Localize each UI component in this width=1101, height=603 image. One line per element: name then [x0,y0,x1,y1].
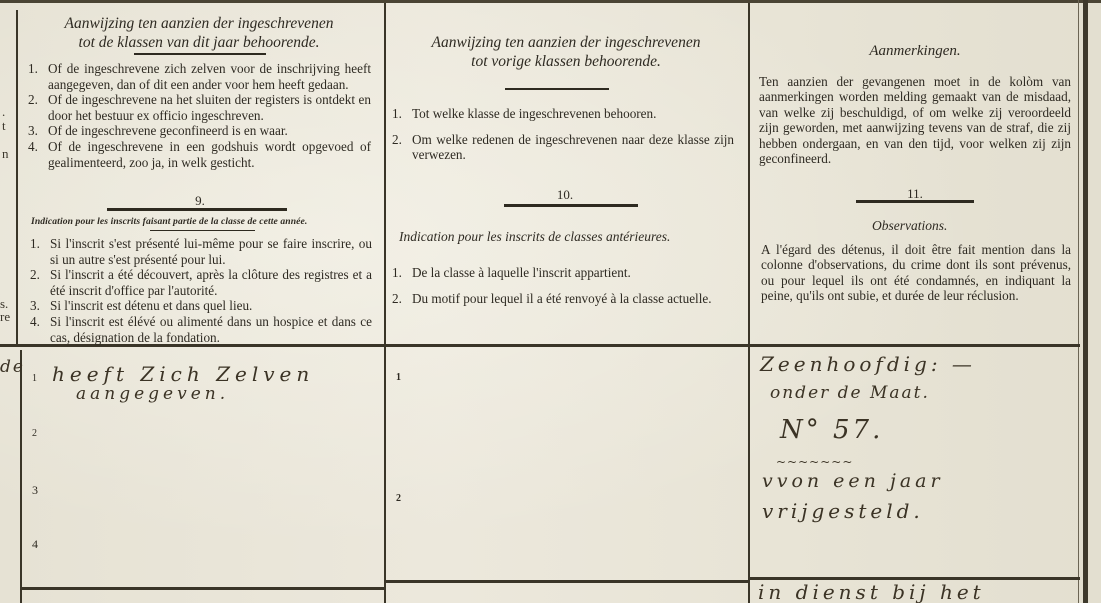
right-border-thin [1078,0,1079,603]
column-10-fr-list: 1.De la classe à laquelle l'inscrit appa… [392,265,734,306]
row-number: 4 [32,537,38,552]
column-11-section-rule [856,200,974,203]
column-10-heading-line1: Aanwijzing ten aanzien der ingeschrevene… [386,33,746,52]
row-number: 2 [396,493,401,504]
prev-column-fragment: re [0,309,10,325]
prev-column-handwriting: de [0,357,25,377]
column-divider-9-10 [384,3,386,603]
column-11-nl-paragraph: Ten aanzien der gevangenen moet in de ko… [759,74,1071,166]
column-10-nl-item: 1.Tot welke klasse de ingeschrevenen beh… [392,106,734,122]
column-9-heading-rule [134,53,266,55]
column-9-fr-item: 1.Si l'inscrit s'est présenté lui-même p… [30,236,372,267]
handwritten-flourish: ~~~~~~~ [776,455,853,469]
column-9-heading-line1: Aanwijzing ten aanzien der ingeschrevene… [17,14,381,33]
handwritten-entry-col11-number: N° 57. [780,415,883,445]
row-number: 2 [32,428,37,439]
top-border-rule [0,0,1101,3]
column-10-fr-heading: Indication pour les inscrits de classes … [399,229,670,245]
column-9-heading-line2: tot de klassen van dit jaar behoorende. [17,33,381,52]
handwritten-entry-col9-line1: heeft Zich Zelven [52,362,314,386]
column-10-heading-rule [505,88,609,90]
handwritten-entry-col11-line3: vvon een jaar [762,470,944,492]
column-divider-left [16,10,18,345]
column-9-fr-heading: Indication pour les inscrits faisant par… [31,216,307,227]
column-10-nl-list: 1.Tot welke klasse de ingeschrevenen beh… [392,106,734,163]
handwritten-entry-col9-line2: aangegeven. [76,384,229,404]
column-10-fr-item: 1.De la classe à laquelle l'inscrit appa… [392,265,734,281]
column-11-fr-paragraph: A l'égard des détenus, il doit être fait… [761,242,1071,304]
handwritten-entry-col11-line2: onder de Maat. [770,383,930,403]
row-number: 1 [396,372,401,383]
prev-column-fragment: t [2,118,6,134]
column-10-nl-item: 2.Om welke redenen de ingeschrevenen naa… [392,132,734,163]
row-bottom-rule-col9 [20,587,384,590]
column-10-section-number: 10. [545,187,585,203]
column-9-section-rule [107,208,287,211]
handwritten-entry-col11-next-row: in dienst bij het [758,580,985,603]
document-page: . t n s. re de Aanwijzing ten aanzien de… [0,0,1101,603]
column-9-fr-item: 2.Si l'inscrit a été découvert, après la… [30,267,372,298]
column-9-nl-item: 2.Of de ingeschrevene na het sluiten der… [28,92,371,123]
column-divider-10-11 [748,3,750,603]
column-10-heading-line2: tot vorige klassen behoorende. [386,52,746,71]
column-9-fr-item: 3.Si l'inscrit est détenu et dans quel l… [30,298,372,314]
column-9-fr-item: 4.Si l'inscrit est élévé ou alimenté dan… [30,314,372,345]
column-9-section-number: 9. [180,193,220,209]
column-10-fr-item: 2.Du motif pour lequel il a été renvoyé … [392,291,734,307]
column-9-fr-heading-rule [150,230,255,231]
column-10-header: Aanwijzing ten aanzien der ingeschrevene… [386,33,746,71]
column-divider-left-lower [20,350,22,603]
column-9-nl-item: 3.Of de ingeschrevene geconfineerd is en… [28,123,371,139]
handwritten-entry-col11-line4: vrijgesteld. [762,499,924,523]
column-9-header: Aanwijzing ten aanzien der ingeschrevene… [17,14,381,52]
column-10-section-rule [504,204,638,207]
column-11-heading: Aanmerkingen. [750,42,1080,61]
column-9-nl-item: 4.Of de ingeschrevene in een godshuis wo… [28,139,371,170]
handwritten-entry-col11-line1: Zeenhoofdig: — [760,352,976,376]
column-9-nl-item: 1.Of de ingeschrevene zich zelven voor d… [28,61,371,92]
row-number: 1 [32,373,37,384]
row-number: 3 [32,483,38,498]
column-9-nl-list: 1.Of de ingeschrevene zich zelven voor d… [28,61,371,170]
prev-column-fragment: n [2,146,9,162]
right-border-thick [1083,0,1088,603]
column-11-fr-heading: Observations. [872,218,947,234]
row-bottom-rule-col10 [386,580,748,583]
column-9-fr-list: 1.Si l'inscrit s'est présenté lui-même p… [30,236,372,345]
